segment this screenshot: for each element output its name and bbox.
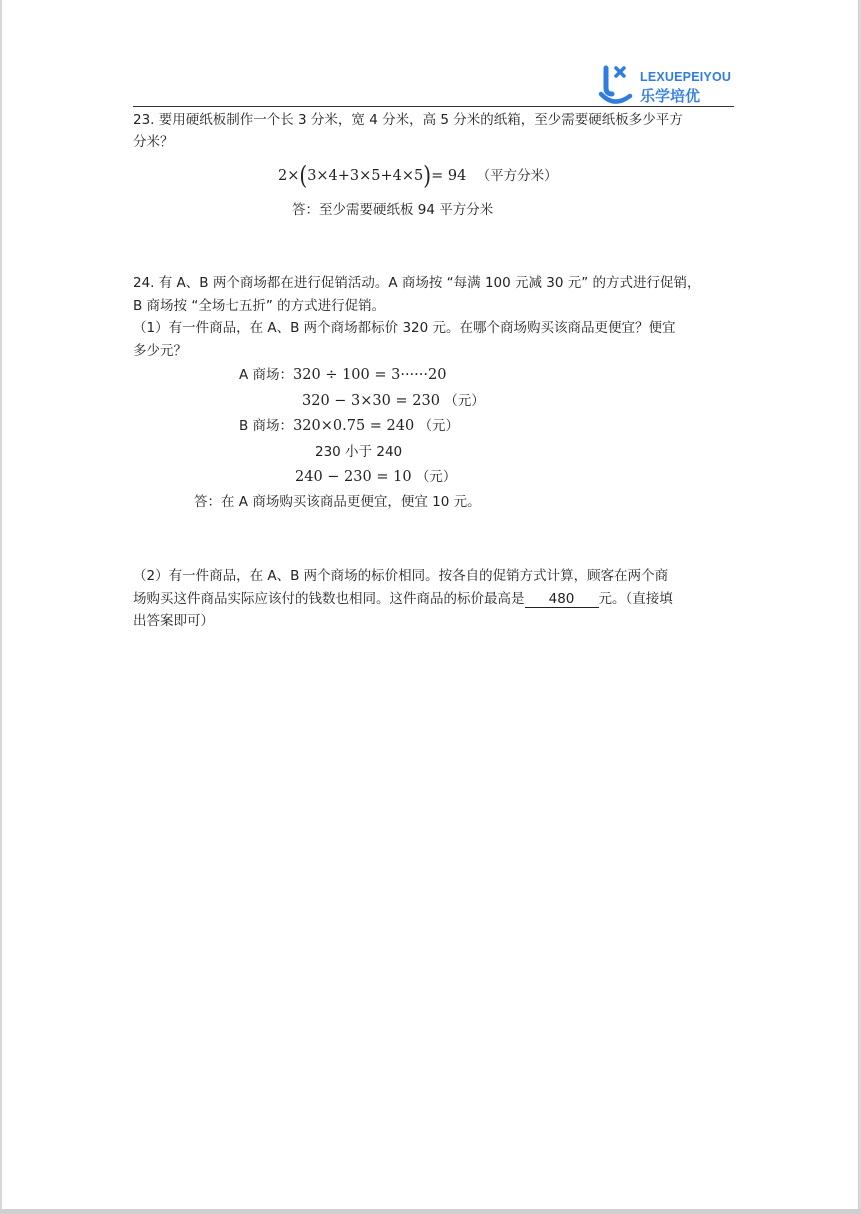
q23-question-line1: 23. 要用硬纸板制作一个长 3 分米，宽 4 分米，高 5 分米的纸箱，至少需… bbox=[133, 111, 683, 129]
q24-question-line2: B 商场按 “全场七五折” 的方式进行促销。 bbox=[133, 297, 385, 315]
mall-a-calc2: 320 − 3×30 = 230 bbox=[302, 393, 440, 409]
mall-a-calc1: 320 ÷ 100 = 3······20 bbox=[293, 367, 446, 383]
q24-difference: 240 − 230 = 10 （元） bbox=[295, 468, 456, 486]
q24-compare: 230 小于 240 bbox=[315, 443, 402, 461]
q24-mall-b-step: B 商场：320×0.75 = 240 （元） bbox=[239, 417, 459, 435]
diff-unit: （元） bbox=[416, 469, 457, 485]
lexue-logo-icon bbox=[598, 64, 634, 106]
brand-logo: LEXUEPEIYOU 乐学培优 bbox=[598, 64, 738, 106]
diff-calc: 240 − 230 = 10 bbox=[295, 469, 412, 485]
q23-formula-unit: （平方分米） bbox=[477, 168, 558, 184]
header-divider bbox=[133, 106, 734, 107]
logo-chinese-text: 乐学培优 bbox=[640, 85, 700, 106]
page-bottom-edge bbox=[0, 1209, 861, 1214]
mall-b-calc: 320×0.75 = 240 bbox=[293, 418, 414, 434]
mall-a-unit: （元） bbox=[444, 393, 485, 409]
part2-line2-end: 元。（直接填 bbox=[599, 591, 673, 607]
q24-question-line1: 24. 有 A、B 两个商场都在进行促销活动。A 商场按 “每满 100 元减 … bbox=[133, 274, 701, 292]
document-page: LEXUEPEIYOU 乐学培优 23. 要用硬纸板制作一个长 3 分米，宽 4… bbox=[2, 0, 859, 1209]
logo-english-text: LEXUEPEIYOU bbox=[640, 70, 731, 84]
q23-formula-pre: 2× bbox=[278, 168, 299, 184]
q24-part2-line3: 出答案即可） bbox=[133, 612, 214, 630]
q24-part2-line1: （2）有一件商品，在 A、B 两个商场的标价相同。按各自的促销方式计算，顾客在两… bbox=[133, 567, 668, 585]
part2-line2-text: 场购买这件商品实际应该付的钱数也相同。这件商品的标价最高是 bbox=[133, 591, 525, 607]
q23-formula: 2×(3×4+3×5+4×5)= 94 （平方分米） bbox=[278, 166, 558, 185]
q24-part2-line2: 场购买这件商品实际应该付的钱数也相同。这件商品的标价最高是480元。（直接填 bbox=[133, 590, 673, 608]
mall-b-unit: （元） bbox=[419, 418, 460, 434]
q23-formula-result: = 94 bbox=[431, 168, 466, 184]
q23-formula-inner: 3×4+3×5+4×5 bbox=[307, 168, 423, 184]
answer-blank: 480 bbox=[525, 592, 599, 608]
q24-part1-line2: 多少元？ bbox=[133, 342, 187, 360]
q24-part1-answer: 答：在 A 商场购买该商品更便宜，便宜 10 元。 bbox=[194, 493, 481, 511]
mall-a-label: A 商场： bbox=[239, 367, 293, 383]
mall-b-label: B 商场： bbox=[239, 418, 293, 434]
q24-mall-a-step2: 320 − 3×30 = 230 （元） bbox=[302, 392, 485, 410]
q24-part1-line1: （1）有一件商品，在 A、B 两个商场都标价 320 元。在哪个商场购买该商品更… bbox=[133, 319, 676, 337]
q24-mall-a-step1: A 商场：320 ÷ 100 = 3······20 bbox=[239, 366, 446, 384]
q23-question-line2: 分米？ bbox=[133, 133, 174, 151]
q23-answer: 答：至少需要硬纸板 94 平方分米 bbox=[292, 201, 493, 219]
